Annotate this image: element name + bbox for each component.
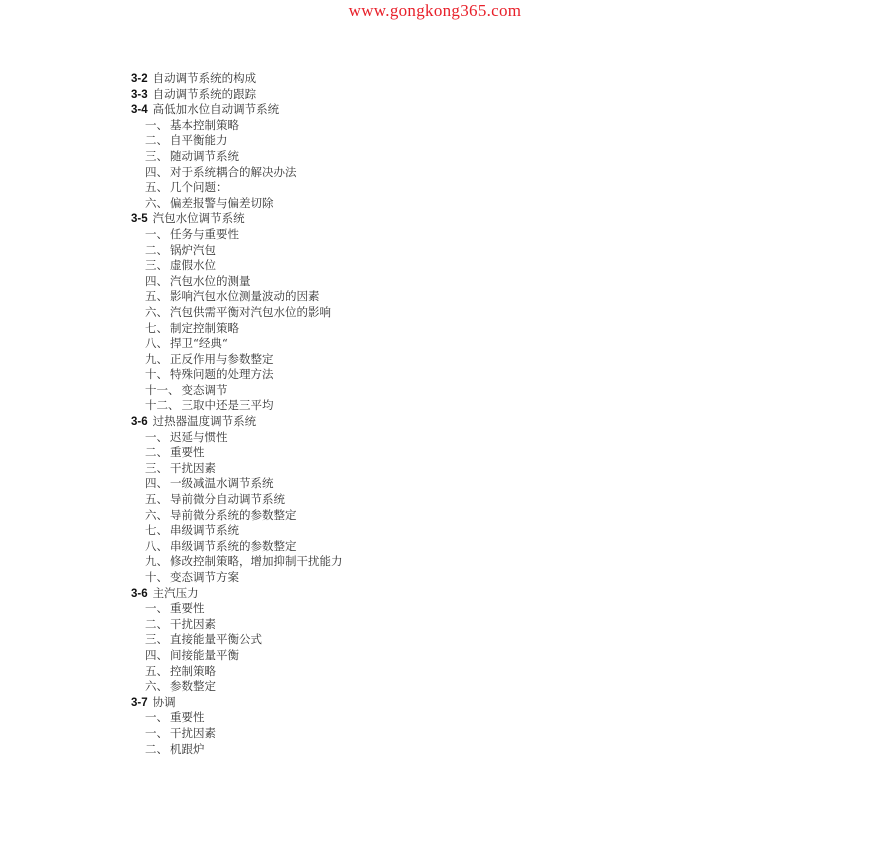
subsection-marker: 三、 xyxy=(145,149,168,163)
section-number: 3-3 xyxy=(131,89,148,101)
toc-title: 几个问题： xyxy=(170,180,228,194)
subsection-marker: 七、 xyxy=(145,523,168,537)
toc-title: 一级减温水调节系统 xyxy=(170,476,274,490)
toc-title: 参数整定 xyxy=(170,679,216,693)
toc-subsection-item: 六、导前微分系统的参数整定 xyxy=(131,508,343,524)
subsection-marker: 五、 xyxy=(145,492,168,506)
toc-title: 制定控制策略 xyxy=(170,321,239,335)
toc-subsection-item: 四、汽包水位的测量 xyxy=(131,274,343,290)
toc-subsection-item: 五、导前微分自动调节系统 xyxy=(131,492,343,508)
toc-subsection-item: 一、干扰因素 xyxy=(131,726,343,742)
toc-subsection-item: 一、重要性 xyxy=(131,601,343,617)
toc-subsection-item: 三、虚假水位 xyxy=(131,258,343,274)
toc-section-heading: 3-6主汽压力 xyxy=(131,586,343,602)
subsection-marker: 六、 xyxy=(145,196,168,210)
subsection-marker: 五、 xyxy=(145,180,168,194)
toc-subsection-item: 九、正反作用与参数整定 xyxy=(131,352,343,368)
subsection-marker: 六、 xyxy=(145,508,168,522)
toc-title: 随动调节系统 xyxy=(170,149,239,163)
toc-title: 机跟炉 xyxy=(170,742,205,756)
subsection-marker: 一、 xyxy=(145,601,168,615)
toc-title: 控制策略 xyxy=(170,664,216,678)
toc-subsection-item: 十、变态调节方案 xyxy=(131,570,343,586)
toc-title: 干扰因素 xyxy=(170,726,216,740)
toc-subsection-item: 五、几个问题： xyxy=(131,180,343,196)
subsection-marker: 六、 xyxy=(145,305,168,319)
subsection-marker: 六、 xyxy=(145,679,168,693)
subsection-marker: 四、 xyxy=(145,648,168,662)
toc-title: 自平衡能力 xyxy=(170,133,228,147)
toc-title: 协调 xyxy=(153,695,176,709)
toc-title: 特殊问题的处理方法 xyxy=(170,367,274,381)
toc-title: 导前微分自动调节系统 xyxy=(170,492,285,506)
toc-section-heading: 3-5汽包水位调节系统 xyxy=(131,211,343,227)
toc-section-heading: 3-7协调 xyxy=(131,695,343,711)
subsection-marker: 九、 xyxy=(145,554,168,568)
subsection-marker: 一、 xyxy=(145,227,168,241)
table-of-contents: 3-2自动调节系统的构成3-3自动调节系统的跟踪3-4高低加水位自动调节系统一、… xyxy=(131,71,343,757)
toc-title: 变态调节 xyxy=(182,383,228,397)
subsection-marker: 十二、 xyxy=(145,398,180,412)
section-number: 3-6 xyxy=(131,588,148,600)
toc-subsection-item: 十一、变态调节 xyxy=(131,383,343,399)
toc-subsection-item: 五、控制策略 xyxy=(131,664,343,680)
toc-subsection-item: 三、随动调节系统 xyxy=(131,149,343,165)
toc-title: 任务与重要性 xyxy=(170,227,239,241)
subsection-marker: 八、 xyxy=(145,539,168,553)
toc-title: 干扰因素 xyxy=(170,461,216,475)
toc-subsection-item: 二、自平衡能力 xyxy=(131,133,343,149)
toc-title: 三取中还是三平均 xyxy=(182,398,274,412)
toc-title: 自动调节系统的构成 xyxy=(153,71,257,85)
subsection-marker: 十一、 xyxy=(145,383,180,397)
toc-title: 高低加水位自动调节系统 xyxy=(153,102,280,116)
subsection-marker: 五、 xyxy=(145,289,168,303)
toc-title: 修改控制策略，增加抑制干扰能力 xyxy=(170,554,343,568)
toc-subsection-item: 十二、三取中还是三平均 xyxy=(131,398,343,414)
section-number: 3-5 xyxy=(131,213,148,225)
toc-subsection-item: 四、间接能量平衡 xyxy=(131,648,343,664)
toc-title: 重要性 xyxy=(170,601,205,615)
subsection-marker: 一、 xyxy=(145,118,168,132)
toc-subsection-item: 一、基本控制策略 xyxy=(131,118,343,134)
subsection-marker: 九、 xyxy=(145,352,168,366)
toc-title: 串级调节系统 xyxy=(170,523,239,537)
toc-title: 偏差报警与偏差切除 xyxy=(170,196,274,210)
subsection-marker: 三、 xyxy=(145,461,168,475)
toc-title: 迟延与惯性 xyxy=(170,430,228,444)
toc-section-heading: 3-3自动调节系统的跟踪 xyxy=(131,87,343,103)
toc-title: 串级调节系统的参数整定 xyxy=(170,539,297,553)
subsection-marker: 十、 xyxy=(145,367,168,381)
toc-title: 干扰因素 xyxy=(170,617,216,631)
toc-subsection-item: 一、迟延与惯性 xyxy=(131,430,343,446)
toc-title: 对于系统耦合的解决办法 xyxy=(170,165,297,179)
toc-title: 重要性 xyxy=(170,710,205,724)
toc-subsection-item: 五、影响汽包水位测量波动的因素 xyxy=(131,289,343,305)
subsection-marker: 一、 xyxy=(145,726,168,740)
subsection-marker: 一、 xyxy=(145,430,168,444)
toc-title: 重要性 xyxy=(170,445,205,459)
subsection-marker: 二、 xyxy=(145,133,168,147)
toc-subsection-item: 十、特殊问题的处理方法 xyxy=(131,367,343,383)
subsection-marker: 二、 xyxy=(145,617,168,631)
toc-title: 变态调节方案 xyxy=(170,570,239,584)
toc-section-heading: 3-4高低加水位自动调节系统 xyxy=(131,102,343,118)
toc-subsection-item: 四、一级减温水调节系统 xyxy=(131,476,343,492)
toc-subsection-item: 一、任务与重要性 xyxy=(131,227,343,243)
toc-title: 主汽压力 xyxy=(153,586,199,600)
toc-title: 导前微分系统的参数整定 xyxy=(170,508,297,522)
toc-title: 影响汽包水位测量波动的因素 xyxy=(170,289,320,303)
subsection-marker: 二、 xyxy=(145,445,168,459)
toc-section-heading: 3-6过热器温度调节系统 xyxy=(131,414,343,430)
toc-subsection-item: 三、直接能量平衡公式 xyxy=(131,632,343,648)
subsection-marker: 三、 xyxy=(145,258,168,272)
toc-subsection-item: 七、制定控制策略 xyxy=(131,321,343,337)
toc-title: 直接能量平衡公式 xyxy=(170,632,262,646)
toc-title: 过热器温度调节系统 xyxy=(153,414,257,428)
toc-title: 汽包水位的测量 xyxy=(170,274,251,288)
toc-title: 汽包供需平衡对汽包水位的影响 xyxy=(170,305,331,319)
section-number: 3-6 xyxy=(131,416,148,428)
subsection-marker: 七、 xyxy=(145,321,168,335)
subsection-marker: 二、 xyxy=(145,742,168,756)
toc-title: 虚假水位 xyxy=(170,258,216,272)
section-number: 3-2 xyxy=(131,73,148,85)
toc-subsection-item: 三、干扰因素 xyxy=(131,461,343,477)
toc-subsection-item: 八、串级调节系统的参数整定 xyxy=(131,539,343,555)
subsection-marker: 四、 xyxy=(145,476,168,490)
toc-title: 间接能量平衡 xyxy=(170,648,239,662)
subsection-marker: 五、 xyxy=(145,664,168,678)
toc-subsection-item: 二、锅炉汽包 xyxy=(131,243,343,259)
toc-subsection-item: 二、干扰因素 xyxy=(131,617,343,633)
toc-subsection-item: 二、重要性 xyxy=(131,445,343,461)
toc-subsection-item: 六、汽包供需平衡对汽包水位的影响 xyxy=(131,305,343,321)
subsection-marker: 二、 xyxy=(145,243,168,257)
section-number: 3-4 xyxy=(131,104,148,116)
toc-subsection-item: 九、修改控制策略，增加抑制干扰能力 xyxy=(131,554,343,570)
toc-title: 基本控制策略 xyxy=(170,118,239,132)
toc-subsection-item: 八、捍卫“经典“ xyxy=(131,336,343,352)
subsection-marker: 四、 xyxy=(145,274,168,288)
watermark-url: www.gongkong365.com xyxy=(0,1,870,21)
subsection-marker: 一、 xyxy=(145,710,168,724)
toc-subsection-item: 一、重要性 xyxy=(131,710,343,726)
toc-title: 汽包水位调节系统 xyxy=(153,211,245,225)
subsection-marker: 四、 xyxy=(145,165,168,179)
toc-subsection-item: 七、串级调节系统 xyxy=(131,523,343,539)
toc-subsection-item: 四、对于系统耦合的解决办法 xyxy=(131,165,343,181)
toc-title: 锅炉汽包 xyxy=(170,243,216,257)
section-number: 3-7 xyxy=(131,697,148,709)
subsection-marker: 三、 xyxy=(145,632,168,646)
toc-title: 正反作用与参数整定 xyxy=(170,352,274,366)
toc-subsection-item: 二、机跟炉 xyxy=(131,742,343,758)
toc-section-heading: 3-2自动调节系统的构成 xyxy=(131,71,343,87)
toc-subsection-item: 六、偏差报警与偏差切除 xyxy=(131,196,343,212)
subsection-marker: 八、 xyxy=(145,336,168,350)
toc-title: 自动调节系统的跟踪 xyxy=(153,87,257,101)
toc-subsection-item: 六、参数整定 xyxy=(131,679,343,695)
subsection-marker: 十、 xyxy=(145,570,168,584)
toc-title: 捍卫“经典“ xyxy=(170,336,228,350)
